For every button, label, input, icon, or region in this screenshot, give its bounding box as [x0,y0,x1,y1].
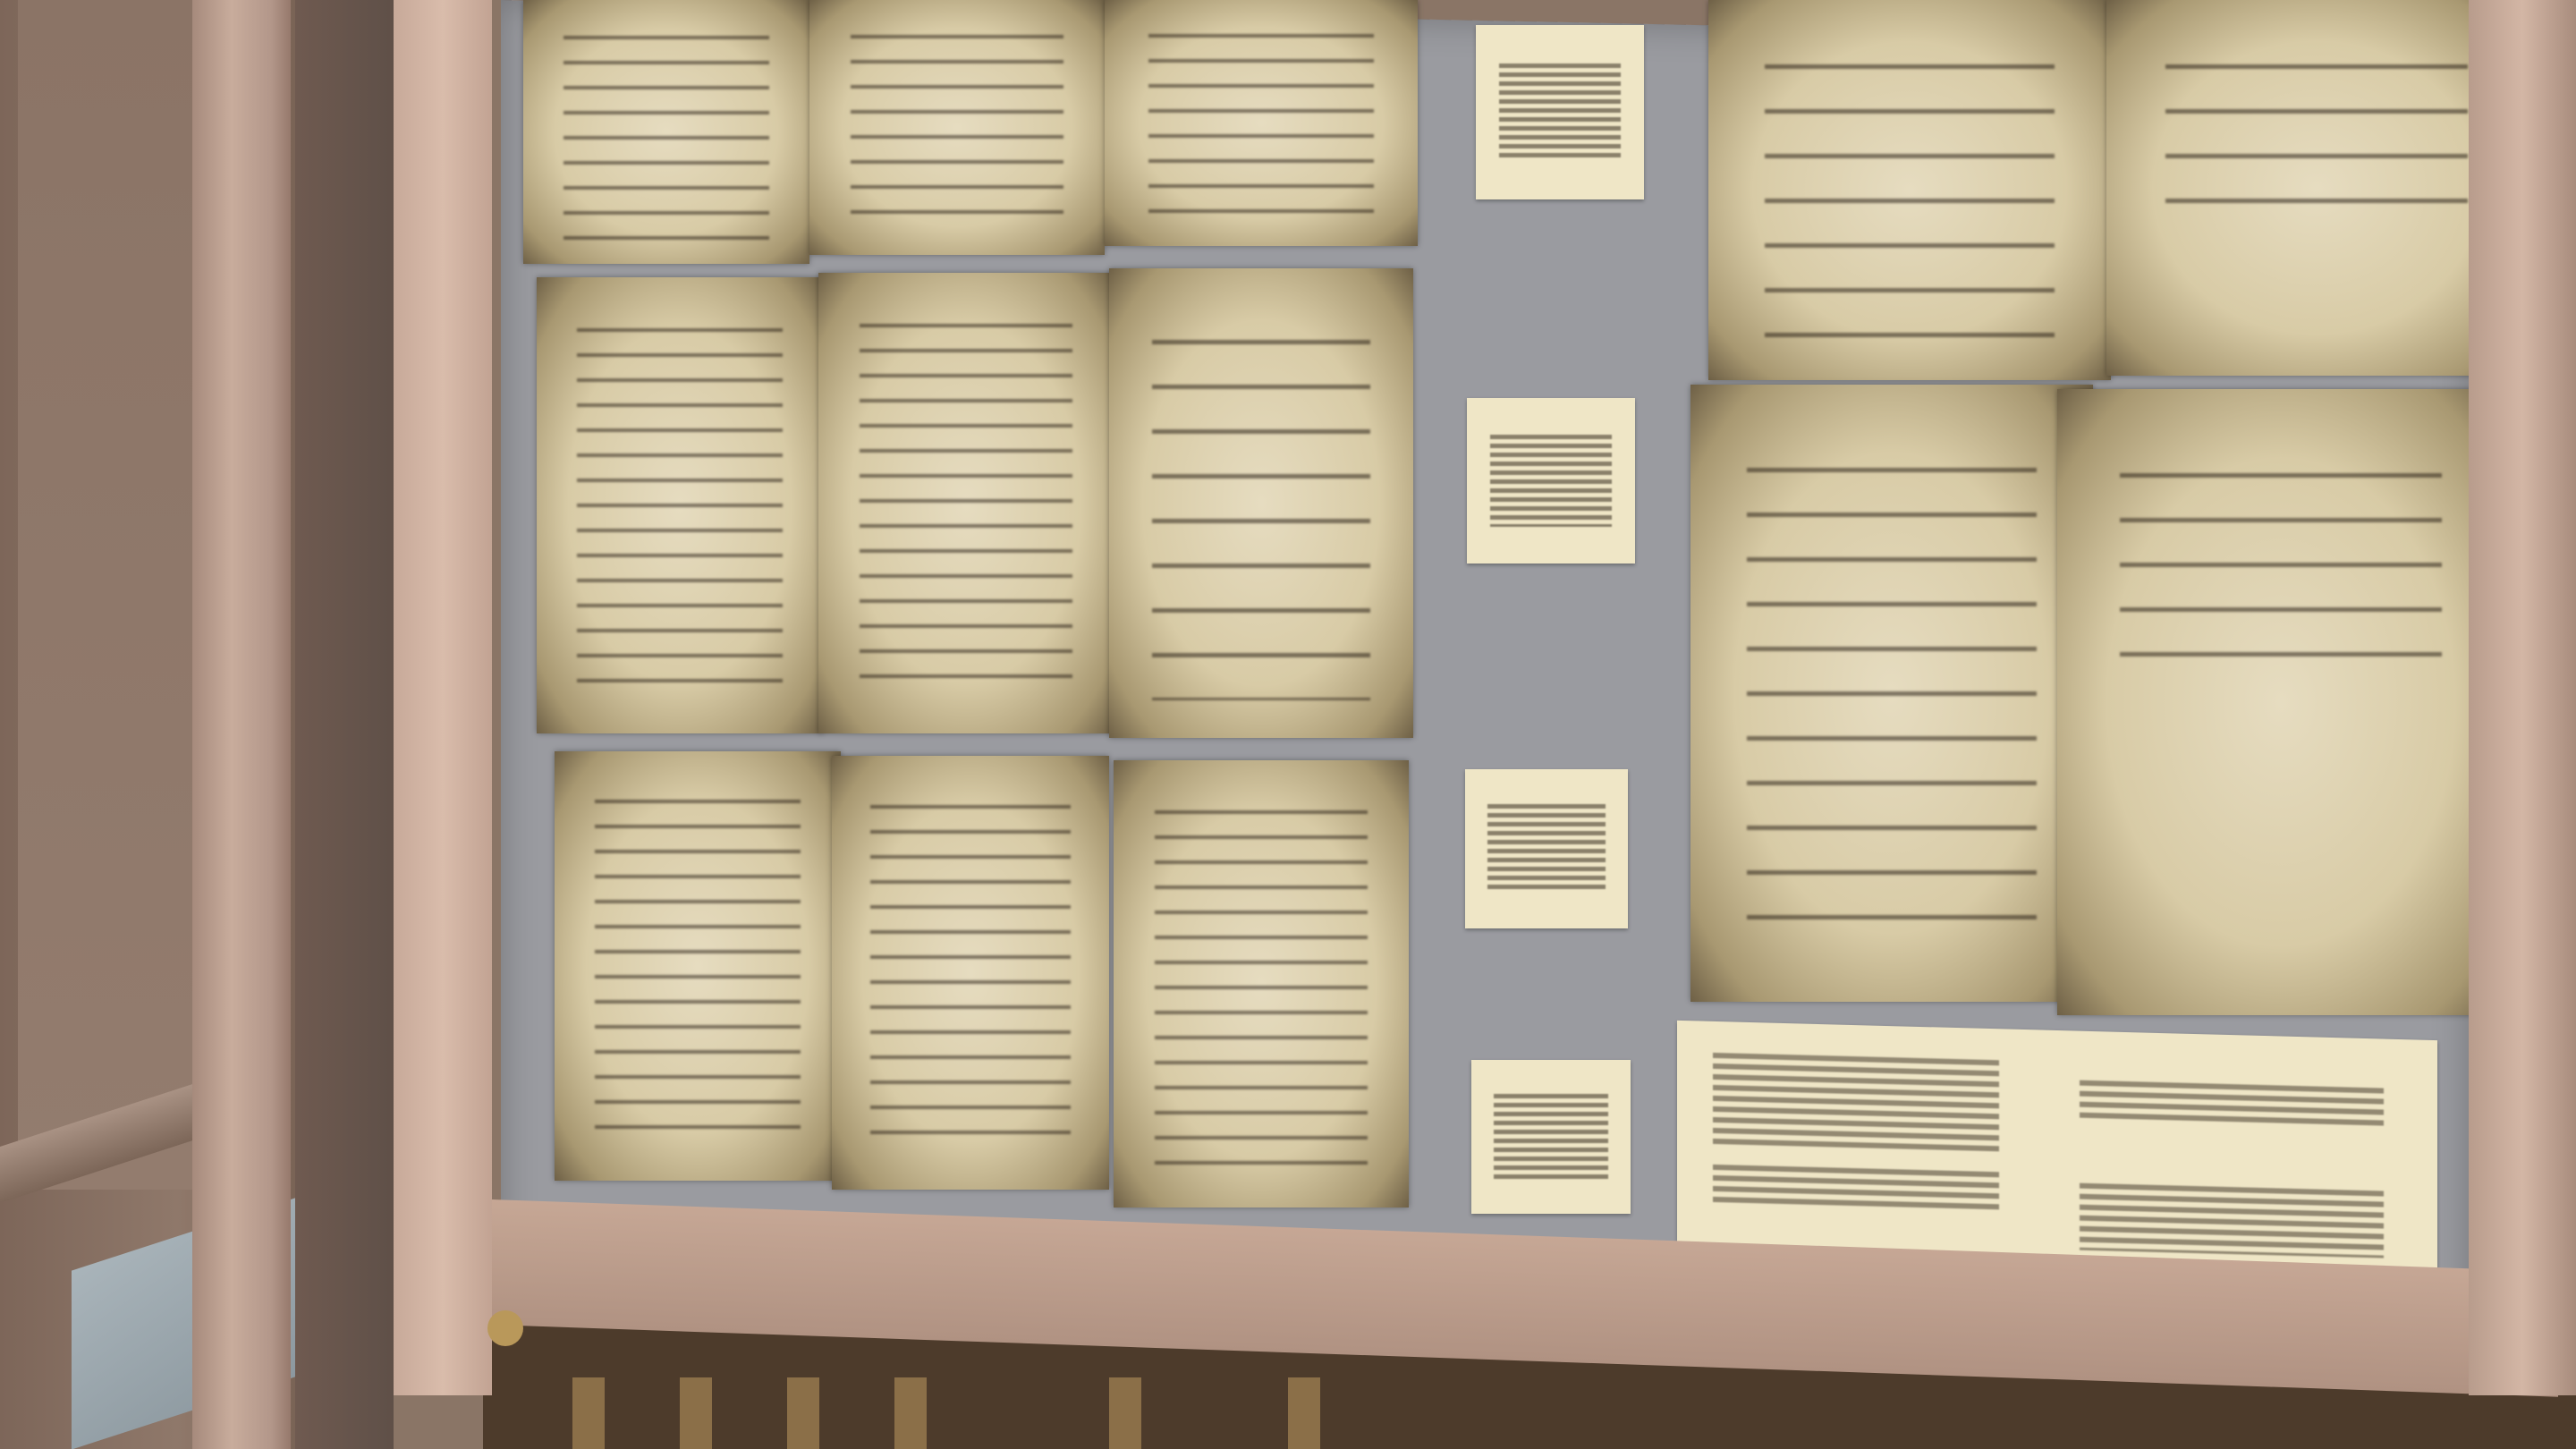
manuscript-page [1105,0,1418,246]
baluster [787,1377,819,1449]
manuscript-page [1109,268,1413,738]
display-frame-hinge-gap [295,0,394,1449]
museum-label-card [1476,25,1644,199]
manuscript-page [1114,760,1409,1207]
baluster [1288,1377,1320,1449]
museum-label-card [1467,398,1635,563]
manuscript-page [523,0,809,264]
baluster [894,1377,927,1449]
museum-label-card [1471,1060,1631,1214]
manuscript-page [2057,389,2504,1015]
wooden-peg [487,1310,523,1346]
wooden-post [192,0,291,1449]
display-frame-left-rail [394,0,492,1395]
museum-label-card [1465,769,1628,928]
baluster [680,1377,712,1449]
baluster [572,1377,605,1449]
manuscript-page [818,273,1114,733]
museum-description-panel [1677,1021,2437,1282]
baluster [1109,1377,1141,1449]
manuscript-page [809,0,1105,255]
display-frame-right-rail [2469,0,2576,1395]
manuscript-page [832,756,1109,1190]
manuscript-page [1708,0,2111,380]
ledger-page [1690,385,2093,1002]
manuscript-page [555,751,841,1181]
manuscript-page [537,277,823,733]
manuscript-page [2106,0,2527,376]
